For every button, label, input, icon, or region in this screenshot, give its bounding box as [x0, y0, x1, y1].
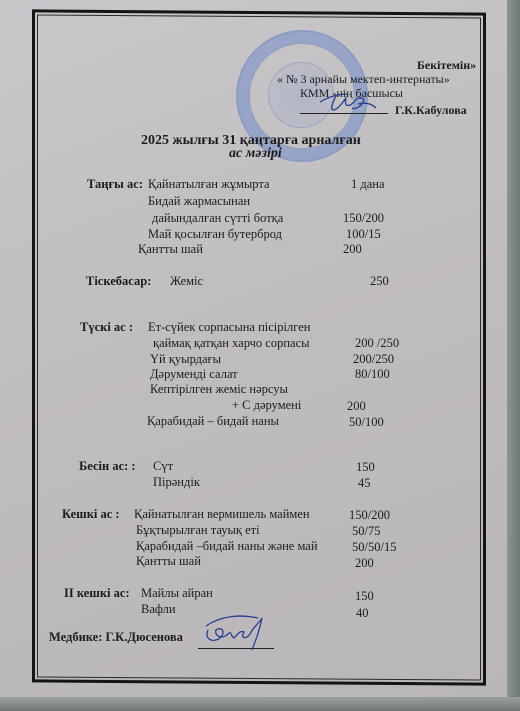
- nurse-name: Медбике: Г.К.Дюсенова: [49, 630, 183, 645]
- menu-portion: 50/50/15: [352, 540, 396, 555]
- menu-item: Қарабидай –бидай наны және май: [136, 539, 318, 554]
- menu-item: Бұқтырылған тауық еті: [136, 523, 260, 538]
- menu-portion: 250: [370, 274, 389, 289]
- menu-item: Сүт: [153, 459, 173, 474]
- menu-portion: 80/100: [355, 367, 390, 382]
- menu-portion: 50/75: [352, 524, 380, 539]
- menu-portion: 150: [355, 589, 374, 604]
- meal-label-snack: Тіскебасар:: [86, 274, 151, 289]
- menu-portion: 200: [347, 399, 366, 414]
- menu-item: Май қосылған бутерброд: [148, 227, 282, 242]
- meal-label-dinner: Кешкі ас :: [62, 507, 120, 522]
- menu-portion: 200: [355, 556, 374, 571]
- document-subtitle: ас мәзірі: [229, 146, 282, 161]
- menu-portion: 1 дана: [351, 177, 385, 192]
- menu-item: + С дәрумені: [232, 398, 301, 413]
- menu-item: Пірәндік: [153, 475, 200, 490]
- menu-item: Қайнатылған вермишель маймен: [134, 507, 310, 522]
- menu-portion: 45: [358, 476, 371, 491]
- background-surface-bottom: [0, 697, 520, 711]
- menu-portion: 150/200: [349, 508, 390, 523]
- menu-item: Қантты шай: [138, 242, 203, 257]
- menu-item: Ет-сүйек сорпасына пісірілген: [148, 320, 310, 335]
- menu-portion: 200/250: [353, 352, 394, 367]
- approval-signatory: Г.К.Кабулова: [395, 103, 467, 118]
- menu-item: Дәруменді салат: [150, 367, 238, 382]
- meal-label-afternoon: Бесін ас: :: [79, 459, 136, 474]
- menu-item: қаймақ қатқан харчо сорпасы: [153, 336, 310, 351]
- menu-item: Жеміс: [170, 274, 203, 289]
- director-signature-icon: [318, 88, 378, 116]
- menu-portion: 100/15: [346, 227, 381, 242]
- menu-portion: 200 /250: [355, 336, 399, 351]
- nurse-signature-icon: [200, 612, 270, 652]
- approval-heading: Бекітемін»: [417, 58, 476, 73]
- approval-school: « № 3 арнайы мектеп-интернаты»: [277, 72, 450, 87]
- menu-item: Кептірілген жеміс нәрсуы: [150, 382, 288, 397]
- meal-label-late-dinner: II кешкі ас:: [64, 586, 130, 601]
- menu-item: Үй қуырдағы: [150, 352, 221, 367]
- menu-portion: 150: [356, 460, 375, 475]
- menu-item: Майлы айран: [141, 586, 213, 601]
- menu-item: Вафли: [141, 602, 176, 617]
- menu-item: Бидай жармасынан: [148, 194, 250, 209]
- menu-item: дайындалған сүтті ботқа: [152, 211, 283, 226]
- menu-item: Қайнатылған жұмырта: [148, 177, 270, 192]
- menu-portion: 40: [356, 606, 369, 621]
- menu-portion: 150/200: [343, 211, 384, 226]
- menu-item: Қарабидай – бидай наны: [147, 414, 279, 429]
- background-surface: [507, 0, 520, 711]
- meal-label-lunch: Түскі ас :: [80, 320, 133, 335]
- menu-item: Қантты шай: [136, 554, 201, 569]
- meal-label-breakfast: Таңғы ас:: [87, 177, 143, 192]
- menu-portion: 50/100: [349, 415, 384, 430]
- menu-portion: 200: [343, 242, 362, 257]
